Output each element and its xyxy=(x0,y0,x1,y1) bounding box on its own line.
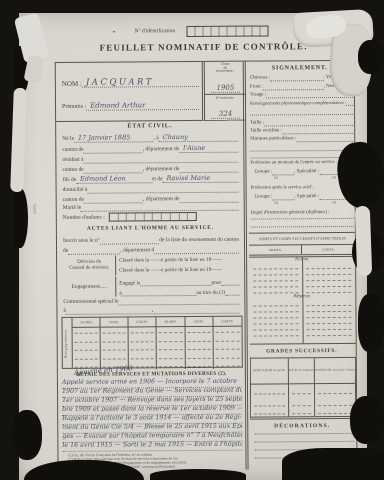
id-box-cell: , xyxy=(211,27,219,36)
classe-value: 1905 xyxy=(211,84,240,93)
blank-line xyxy=(251,218,354,228)
field-commissionne-lieu: à , xyxy=(63,305,239,315)
prenoms-label: Prénoms : xyxy=(62,104,86,111)
renvoi-3: (3) xyxy=(332,201,336,204)
pour-label: pour xyxy=(212,280,222,286)
specialite-label: , Spécialité : xyxy=(294,193,319,200)
id-box-cell: , xyxy=(203,27,211,36)
engage-ligne: Engagé le pour xyxy=(119,276,239,287)
grades-table: INDICATION du grade DATE de la nominatio… xyxy=(250,357,356,420)
mere-value: Ravisé Marie xyxy=(167,175,211,182)
tear-blob xyxy=(282,448,384,480)
col-header: CORPS xyxy=(213,317,241,327)
blank-line xyxy=(250,106,353,116)
col-header: DURÉE xyxy=(72,318,100,328)
armes-corps-title: ARMES ET CORPS SUCCESSIFS D'AFFECTATION xyxy=(249,233,355,246)
lieu-naissance-value: Chauny xyxy=(163,134,188,141)
col-header: DATE xyxy=(185,317,213,327)
grades-col3-header: INDICATION DE LA POSITION DE L'INTÉRESSÉ… xyxy=(315,358,355,384)
asterisk-mark: * xyxy=(112,31,115,37)
tear-blob xyxy=(350,396,384,444)
field-naissance: Né le 17 Janvier 1885 , à Chauny xyxy=(62,132,238,143)
section-grades-title: GRADES SUCCESSIFS. xyxy=(248,348,356,355)
field-enfants: Nombre d'enfants : xyxy=(63,211,239,222)
tear-blob xyxy=(358,294,384,352)
engagements-label: Engagements..... xyxy=(63,284,115,290)
margin-note: (2505) xyxy=(32,204,36,214)
id-box-cell: , xyxy=(251,27,259,36)
field-nom: NOM : JACQUART xyxy=(62,74,199,88)
col-header: DURÉE xyxy=(157,317,185,327)
scanned-document: (2505) * N° d'identification , , , , , ,… xyxy=(0,0,384,480)
col-header: DATE xyxy=(101,317,129,327)
id-box-cell: , xyxy=(195,27,203,36)
ne-le-label: Né le xyxy=(62,136,74,143)
decision-label: Décision du Conseil de révision. xyxy=(63,260,115,272)
divider xyxy=(56,120,202,122)
nom-label: NOM : xyxy=(62,81,82,88)
group-engagements: Engagements..... Engagé le pour à xyxy=(63,276,239,297)
form-body: NOM : JACQUART Prénoms : Edmond Arthur É… xyxy=(55,60,358,471)
armes-corps-table: ARMES ET CORPS SUCCESSIFS D'AFFECTATION … xyxy=(249,232,356,345)
renvoi-3: (3) xyxy=(274,201,278,204)
profession-apres-label: Profession après le service actif : xyxy=(251,185,314,190)
section-actes-title: ACTES LIANT L'HOMME AU SERVICE. xyxy=(57,225,244,232)
document-sheet: (2505) * N° d'identification , , , , , ,… xyxy=(14,12,370,480)
matricule-value: 324 xyxy=(211,110,240,119)
departement-value: l'Aisne xyxy=(183,145,205,152)
groupe-label: Groupe : xyxy=(255,193,273,200)
classe-matricule-box: Classe de recrutement : 1905 N° matricul… xyxy=(202,62,246,121)
nombre-enfants-label: Nombre d'enfants : xyxy=(63,215,105,222)
right-column: SIGNALEMENT. Cheveux : , Yeux : Front : … xyxy=(243,61,359,470)
id-box-cell: , xyxy=(219,27,227,36)
section-etat-civil-title: ÉTAT CIVIL. xyxy=(56,123,243,130)
groupe-label: Groupe : xyxy=(254,168,272,175)
tear-blob xyxy=(12,410,42,460)
profession-entree-label: Profession au moment de l'entrée au serv… xyxy=(250,160,337,166)
id-number-label: N° d'identification xyxy=(134,28,175,34)
paper-sliver xyxy=(355,206,372,276)
renvoi-3: (3) xyxy=(274,176,278,179)
classe-label: Classe de recrutement : xyxy=(205,62,246,74)
departement-label: , département d xyxy=(120,247,154,254)
id-box-cell: , xyxy=(243,27,251,36)
enfants-box xyxy=(109,212,197,222)
tear-blob xyxy=(166,474,192,480)
identification-box: , , , , , , , , , , xyxy=(186,25,268,37)
renvoi-3: (3) xyxy=(332,176,336,179)
field-canton-recensement: de , département d xyxy=(63,244,239,255)
tear-blob xyxy=(358,40,384,74)
prenoms-value: Edmond Arthur xyxy=(90,102,145,109)
document-paper: (2505) * N° d'identification , , , , , ,… xyxy=(16,13,369,480)
classe-ligne-2: Classé dans la ——e partie de la liste en… xyxy=(119,265,239,276)
id-box-cell: , xyxy=(259,26,267,35)
id-box-cell: , xyxy=(227,27,235,36)
grades-col2-header: DATE de la nomination xyxy=(289,358,315,384)
tear-blob xyxy=(13,188,28,248)
rengagements-table: Rengagements. DURÉE DATE CORPS DURÉE DAT… xyxy=(61,316,242,369)
detail-line: le 16 avril 1915 — Sorti le 2 mai 1915 —… xyxy=(62,441,242,452)
armes-corps-body: Active. Réserve. xyxy=(249,257,356,344)
pere-value: Edmond Léon xyxy=(80,175,126,182)
rengagements-grid: DURÉE DATE CORPS DURÉE DATE CORPS xyxy=(72,316,242,369)
rengagements-side-label: Rengagements. xyxy=(61,317,72,369)
specialite-label: , Spécialité : xyxy=(294,168,319,175)
left-column: NOM : JACQUART Prénoms : Edmond Arthur É… xyxy=(56,62,246,471)
nom-value: JACQUART xyxy=(86,79,154,86)
group-decision: Décision du Conseil de révision. Classé … xyxy=(63,255,239,276)
col-armes: ARMES. xyxy=(249,245,302,254)
field-prenoms: Prénoms : Edmond Arthur xyxy=(62,99,199,111)
engage-le-label: Engagé le xyxy=(119,280,140,286)
date-naissance-value: 17 Janvier 1885 xyxy=(78,134,130,141)
col-header: CORPS xyxy=(129,317,157,327)
armes-corps-headers: ARMES. CORPS. xyxy=(249,245,355,258)
id-box-cell: , xyxy=(187,27,194,36)
id-box-cell: , xyxy=(235,27,243,36)
matricule-label: N° matricule : xyxy=(205,95,246,100)
col-corps: CORPS. xyxy=(302,245,355,254)
tear-blob xyxy=(150,469,246,480)
grades-col1-header: INDICATION du grade xyxy=(251,358,289,384)
field-groupe-specialite-2: Groupe : , Spécialité : xyxy=(255,192,354,201)
cheveux-label: Cheveux : xyxy=(250,74,270,81)
